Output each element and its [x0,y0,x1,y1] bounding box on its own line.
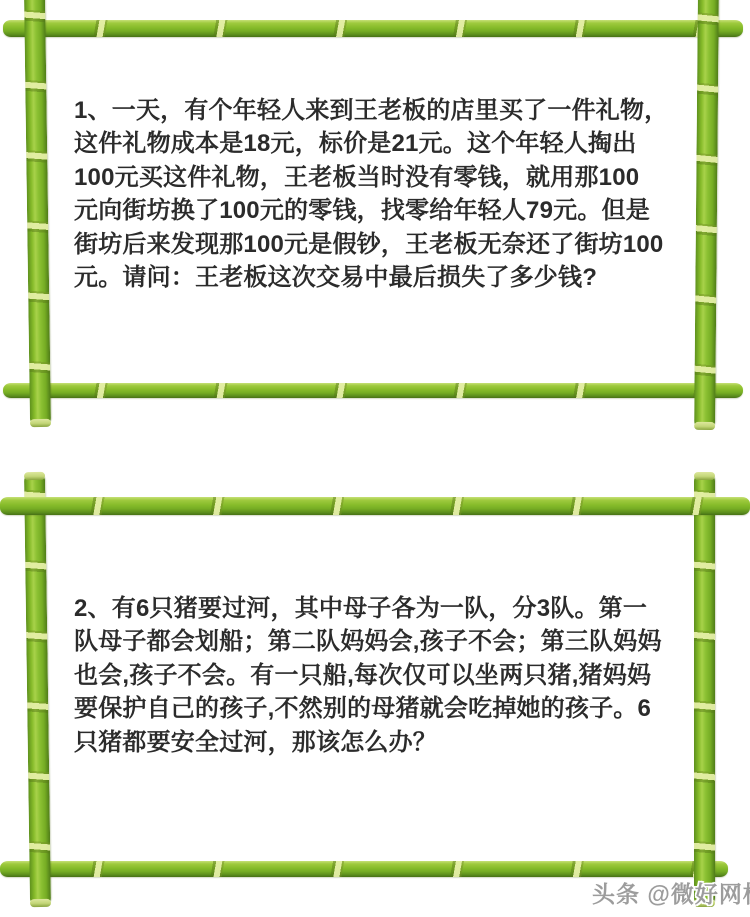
frame2-bamboo-right-border [694,473,715,906]
frame1-bamboo-bottom-border [3,383,743,398]
puzzle-1-text-block: 1、一天，有个年轻人来到王老板的店里买了一件礼物， 这件礼物成本是18元，标价是… [74,94,668,294]
frame1-bamboo-top-border [3,20,743,37]
puzzle-2-line-4: 要保护自己的孩子,不然别的母猪就会吃掉她的孩子。6 [74,692,662,725]
puzzle-1-line-3: 100元买这件礼物，王老板当时没有零钱，就用那100 [74,161,668,194]
watermark: 头条 @微好网校 [592,876,750,909]
puzzle-1-line-6: 元。请问：王老板这次交易中最后损失了多少钱? [74,261,668,294]
puzzle-2-line-1: 2、有6只猪要过河，其中母子各为一队，分3队。第一 [74,592,662,625]
puzzle-1-line-2: 这件礼物成本是18元，标价是21元。这个年轻人掏出 [74,127,668,160]
puzzle-image-canvas: 1、一天，有个年轻人来到王老板的店里买了一件礼物， 这件礼物成本是18元，标价是… [0,0,750,917]
puzzle-1-line-1: 1、一天，有个年轻人来到王老板的店里买了一件礼物， [74,94,668,127]
puzzle-1-line-5: 街坊后来发现那100元是假钞，王老板无奈还了街坊100 [74,228,668,261]
frame1-bamboo-right-border [694,0,719,429]
puzzle-2-text-block: 2、有6只猪要过河，其中母子各为一队，分3队。第一 队母子都会划船；第二队妈妈会… [74,592,662,759]
frame2-bamboo-left-border [24,473,51,906]
frame1-bamboo-left-border [24,0,51,426]
puzzle-1-line-4: 元向街坊换了100元的零钱，找零给年轻人79元。但是 [74,194,668,227]
watermark-text: 头条 @微好网校 [592,881,750,907]
frame2-bamboo-bottom-border [0,861,728,877]
puzzle-2-line-3: 也会,孩子不会。有一只船,每次仅可以坐两只猪,猪妈妈 [74,659,662,692]
frame2-bamboo-top-border [0,497,750,515]
puzzle-2-line-2: 队母子都会划船；第二队妈妈会,孩子不会；第三队妈妈 [74,625,662,658]
puzzle-2-line-5: 只猪都要安全过河，那该怎么办？ [74,726,662,759]
